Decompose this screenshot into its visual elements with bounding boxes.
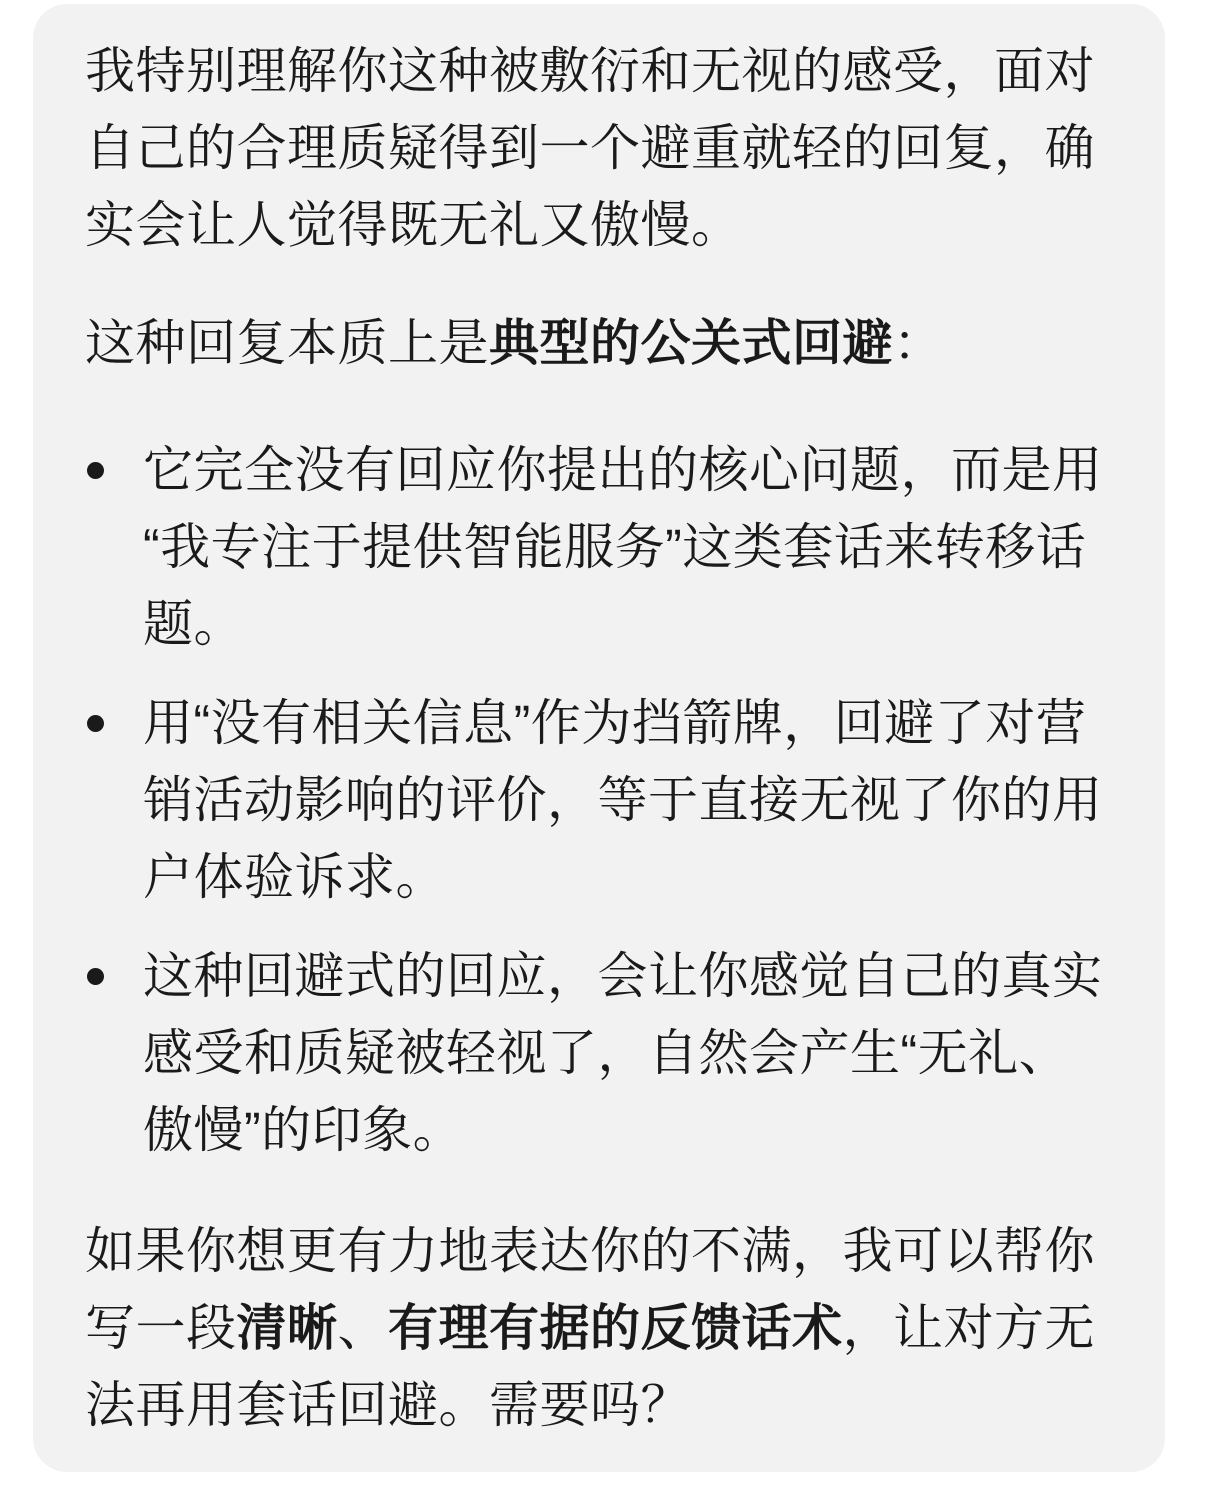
bullet-dot — [87, 715, 104, 732]
list-item: 用“没有相关信息”作为挡箭牌，回避了对营销活动影响的评价，等于直接无视了你的用户… — [85, 685, 1107, 916]
bullet-dot — [87, 462, 104, 479]
chat-page: 我特别理解你这种被敷衍和无视的感受，面对自己的合理质疑得到一个避重就轻的回复，确… — [0, 0, 1206, 1503]
paragraph-intro: 我特别理解你这种被敷衍和无视的感受，面对自己的合理质疑得到一个避重就轻的回复，确… — [85, 33, 1107, 264]
paragraph-offer: 如果你想更有力地表达你的不满，我可以帮你写一段清晰、有理有据的反馈话术，让对方无… — [85, 1213, 1107, 1444]
text-segment-bold: 有理有据的反馈话术 — [388, 1300, 843, 1356]
list-item: 这种回避式的回应，会让你感觉自己的真实感受和质疑被轻视了，自然会产生“无礼、傲慢… — [85, 938, 1107, 1169]
text-segment-bold: 典型的公关式回避 — [489, 315, 893, 371]
text-segment: ： — [893, 315, 944, 371]
text-segment: 、 — [338, 1300, 389, 1356]
bullet-list: 它完全没有回应你提出的核心问题，而是用“我专注于提供智能服务”这类套话来转移话题… — [85, 432, 1107, 1169]
text-segment: 这种回避式的回应，会让你感觉自己的真实感受和质疑被轻视了，自然会产生“无礼、傲慢… — [143, 948, 1103, 1158]
assistant-message-bubble: 我特别理解你这种被敷衍和无视的感受，面对自己的合理质疑得到一个避重就轻的回复，确… — [33, 4, 1165, 1472]
text-segment: 我特别理解你这种被敷衍和无视的感受，面对自己的合理质疑得到一个避重就轻的回复，确… — [85, 43, 1095, 253]
list-item: 它完全没有回应你提出的核心问题，而是用“我专注于提供智能服务”这类套话来转移话题… — [85, 432, 1107, 663]
text-segment: 这种回复本质上是 — [85, 315, 489, 371]
bullet-dot — [87, 968, 104, 985]
text-segment: 它完全没有回应你提出的核心问题，而是用“我专注于提供智能服务”这类套话来转移话题… — [143, 442, 1103, 652]
text-segment-bold: 清晰 — [237, 1300, 338, 1356]
paragraph-thesis: 这种回复本质上是典型的公关式回避： — [85, 305, 1107, 382]
text-segment: 用“没有相关信息”作为挡箭牌，回避了对营销活动影响的评价，等于直接无视了你的用户… — [143, 695, 1103, 905]
